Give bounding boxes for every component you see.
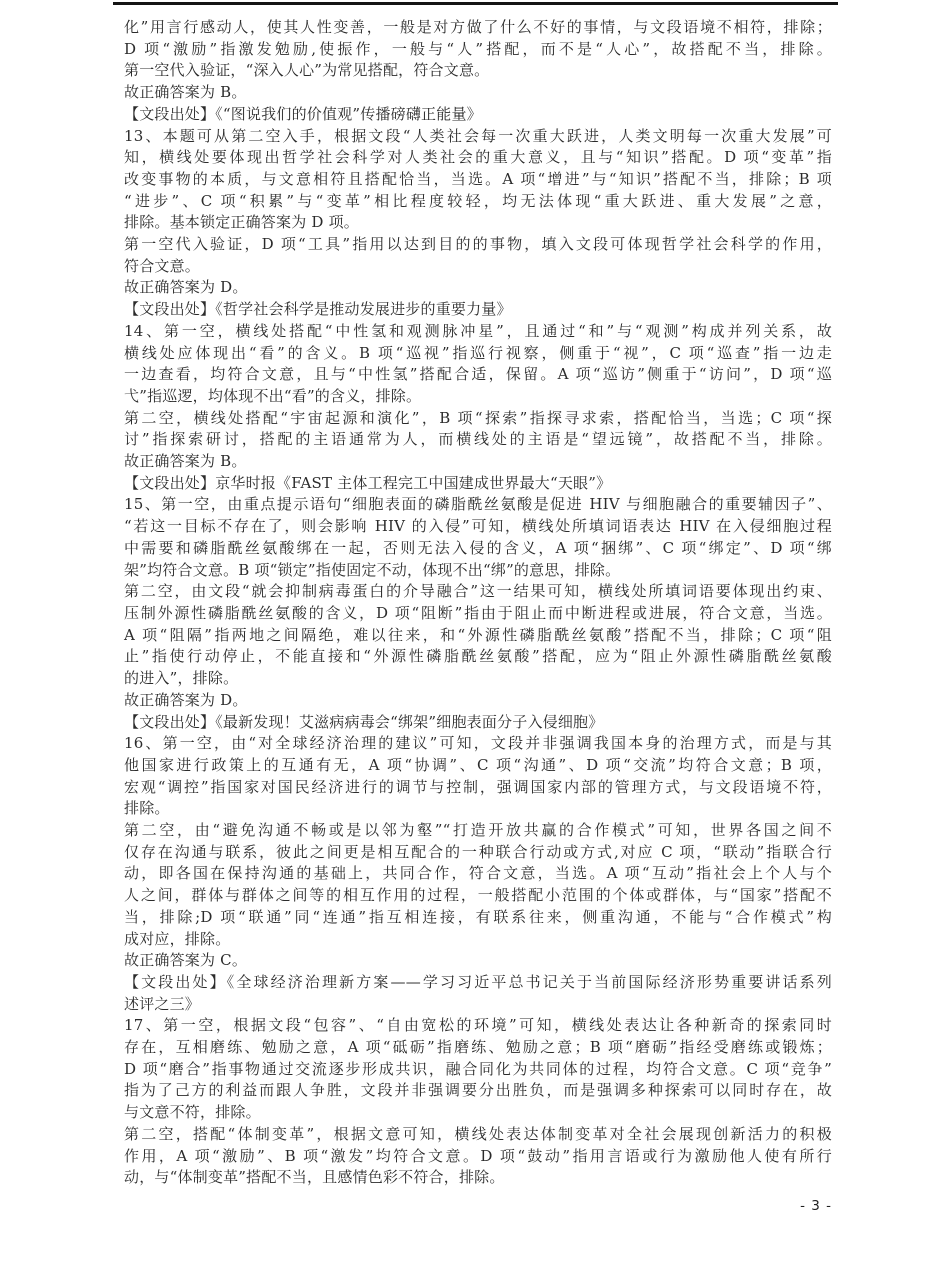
text-line: 仅存在沟通与联系，彼此之间更是相互配合的一种联合行动或方式,对应 C 项，“联动…: [124, 842, 832, 864]
text-line: 第二空，由“避免沟通不畅或是以邻为壑”“打造开放共赢的合作模式”可知，世界各国之…: [124, 820, 832, 842]
text-line: 他国家进行政策上的互通有无，A 项“协调”、C 项“沟通”、D 项“交流”均符合…: [124, 755, 832, 777]
text-line: 动，与“体制变革”搭配不当，且感情色彩不符合，排除。: [124, 1167, 832, 1189]
text-line: 述评之三》: [124, 994, 832, 1016]
text-line: 改变事物的本质，与文意相符且搭配恰当，当选。A 项“增进”与“知识”搭配不当，排…: [124, 169, 832, 191]
text-line: 的进入”，排除。: [124, 668, 832, 690]
text-line: 第一空代入验证，“深入人心”为常见搭配，符合文意。: [124, 60, 832, 82]
text-line: 排除。: [124, 798, 832, 820]
text-line: 故正确答案为 C。: [124, 950, 832, 972]
text-line: 【文段出处】《最新发现！艾滋病病毒会“绑架”细胞表面分子入侵细胞》: [124, 712, 832, 734]
text-line: 成对应，排除。: [124, 929, 832, 951]
text-line: 宏观“调控”指国家对国民经济进行的调节与控制，强调国家内部的管理方式，与文段语境…: [124, 777, 832, 799]
text-line: “进步”、C 项“积累”与“变革”相比程度较轻，均无法体现“重大跃进、重大发展”…: [124, 191, 832, 213]
text-line: 当，排除;D 项“联通”同“连通”指互相连接，有联系往来，侧重沟通，不能与“合作…: [124, 907, 832, 929]
text-line: “若这一目标不存在了，则会影响 HIV 的入侵”可知，横线处所填词语表达 HIV…: [124, 516, 832, 538]
text-line: 存在，互相磨练、勉励之意，A 项“砥砺”指磨练、勉励之意；B 项“磨砺”指经受磨…: [124, 1037, 832, 1059]
text-line: 14、第一空，横线处搭配“中性氢和观测脉冲星”，且通过“和”与“观测”构成并列关…: [124, 321, 832, 343]
text-line: 人之间，群体与群体之间等的相互作用的过程，一般搭配小范围的个体或群体，与“国家”…: [124, 885, 832, 907]
text-line: 13、本题可从第二空入手，根据文段“人类社会每一次重大跃进，人类文明每一次重大发…: [124, 126, 832, 148]
text-line: 15、第一空，由重点提示语句“细胞表面的磷脂酰丝氨酸是促进 HIV 与细胞融合的…: [124, 494, 832, 516]
text-line: 【文段出处】《全球经济治理新方案——学习习近平总书记关于当前国际经济形势重要讲话…: [124, 972, 832, 994]
text-line: 一边查看，均符合文意，且与“中性氢”搭配合适，保留。A 项“巡访”侧重于“访问”…: [124, 364, 832, 386]
text-line: 讨”指探索研讨，搭配的主语通常为人，而横线处的主语是“望远镜”，故搭配不当，排除…: [124, 429, 832, 451]
text-line: 压制外源性磷脂酰丝氨酸的含义，D 项“阻断”指由于阻止而中断进程或进展，符合文意…: [124, 603, 832, 625]
text-line: 作用，A 项“激励”、B 项“激发”均符合文意。D 项“鼓动”指用言语或行为激励…: [124, 1146, 832, 1168]
header-divider: [113, 2, 838, 5]
text-line: 指为了己方的利益而跟人争胜，文段并非强调要分出胜负，而是强调多种探索可以同时存在…: [124, 1080, 832, 1102]
text-line: 第二空，由文段“就会抑制病毒蛋白的介导融合”这一结果可知，横线处所填词语要体现出…: [124, 581, 832, 603]
text-line: 符合文意。: [124, 256, 832, 278]
text-line: D 项“磨合”指事物通过交流逐步形成共识，融合同化为共同体的过程，均符合文意。C…: [124, 1059, 832, 1081]
text-line: 故正确答案为 D。: [124, 277, 832, 299]
page-number: - 3 -: [124, 1198, 832, 1214]
text-line: 【文段出处】京华时报《FAST 主体工程完工中国建成世界最大“天眼”》: [124, 473, 832, 495]
text-line: 故正确答案为 B。: [124, 82, 832, 104]
text-line: 第二空，搭配“体制变革”，根据文意可知，横线处表达体制变革对全社会展现创新活力的…: [124, 1124, 832, 1146]
text-line: 知，横线处要体现出哲学社会科学对人类社会的重大意义，且与“知识”搭配。D 项“变…: [124, 147, 832, 169]
text-line: 止”指使行动停止，不能直接和“外源性磷脂酰丝氨酸”搭配，应为“阻止外源性磷脂酰丝…: [124, 646, 832, 668]
document-text: 化”用言行感动人，使其人性变善，一般是对方做了什么不好的事情，与文段语境不相符，…: [124, 17, 832, 1189]
text-line: 横线处应体现出“看”的含义。B 项“巡视”指巡行视察，侧重于“视”，C 项“巡查…: [124, 343, 832, 365]
text-line: 中需要和磷脂酰丝氨酸绑在一起，否则无法入侵的含义，A 项“捆绑”、C 项“绑定”…: [124, 538, 832, 560]
text-line: 【文段出处】《“图说我们的价值观”传播磅礴正能量》: [124, 104, 832, 126]
text-line: 动，即各国在保持沟通的基础上，共同合作，符合文意，当选。A 项“互动”指社会上个…: [124, 863, 832, 885]
text-line: 【文段出处】《哲学社会科学是推动发展进步的重要力量》: [124, 299, 832, 321]
text-line: 故正确答案为 B。: [124, 451, 832, 473]
text-line: 架”均符合文意。B 项“锁定”指使固定不动，体现不出“绑”的意思，排除。: [124, 560, 832, 582]
text-line: D 项“激励”指激发勉励,使振作，一般与“人”搭配，而不是“人心”，故搭配不当，…: [124, 39, 832, 61]
text-line: 17、第一空，根据文段“包容”、“自由宽松的环境”可知，横线处表达让各种新奇的探…: [124, 1015, 832, 1037]
document-page: 化”用言行感动人，使其人性变善，一般是对方做了什么不好的事情，与文段语境不相符，…: [0, 0, 950, 1276]
text-line: 16、第一空，由“对全球经济治理的建议”可知，文段并非强调我国本身的治理方式，而…: [124, 733, 832, 755]
text-line: 故正确答案为 D。: [124, 690, 832, 712]
text-line: 排除。基本锁定正确答案为 D 项。: [124, 212, 832, 234]
text-line: A 项“阻隔”指两地之间隔绝，难以往来，和“外源性磷脂酰丝氨酸”搭配不当，排除；…: [124, 625, 832, 647]
text-line: 化”用言行感动人，使其人性变善，一般是对方做了什么不好的事情，与文段语境不相符，…: [124, 17, 832, 39]
text-line: 与文意不符，排除。: [124, 1102, 832, 1124]
text-line: 第二空，横线处搭配“宇宙起源和演化”，B 项“探索”指探寻求索，搭配恰当，当选；…: [124, 408, 832, 430]
text-line: 第一空代入验证，D 项“工具”指用以达到目的的事物，填入文段可体现哲学社会科学的…: [124, 234, 832, 256]
text-line: 弋”指巡逻，均体现不出“看”的含义，排除。: [124, 386, 832, 408]
